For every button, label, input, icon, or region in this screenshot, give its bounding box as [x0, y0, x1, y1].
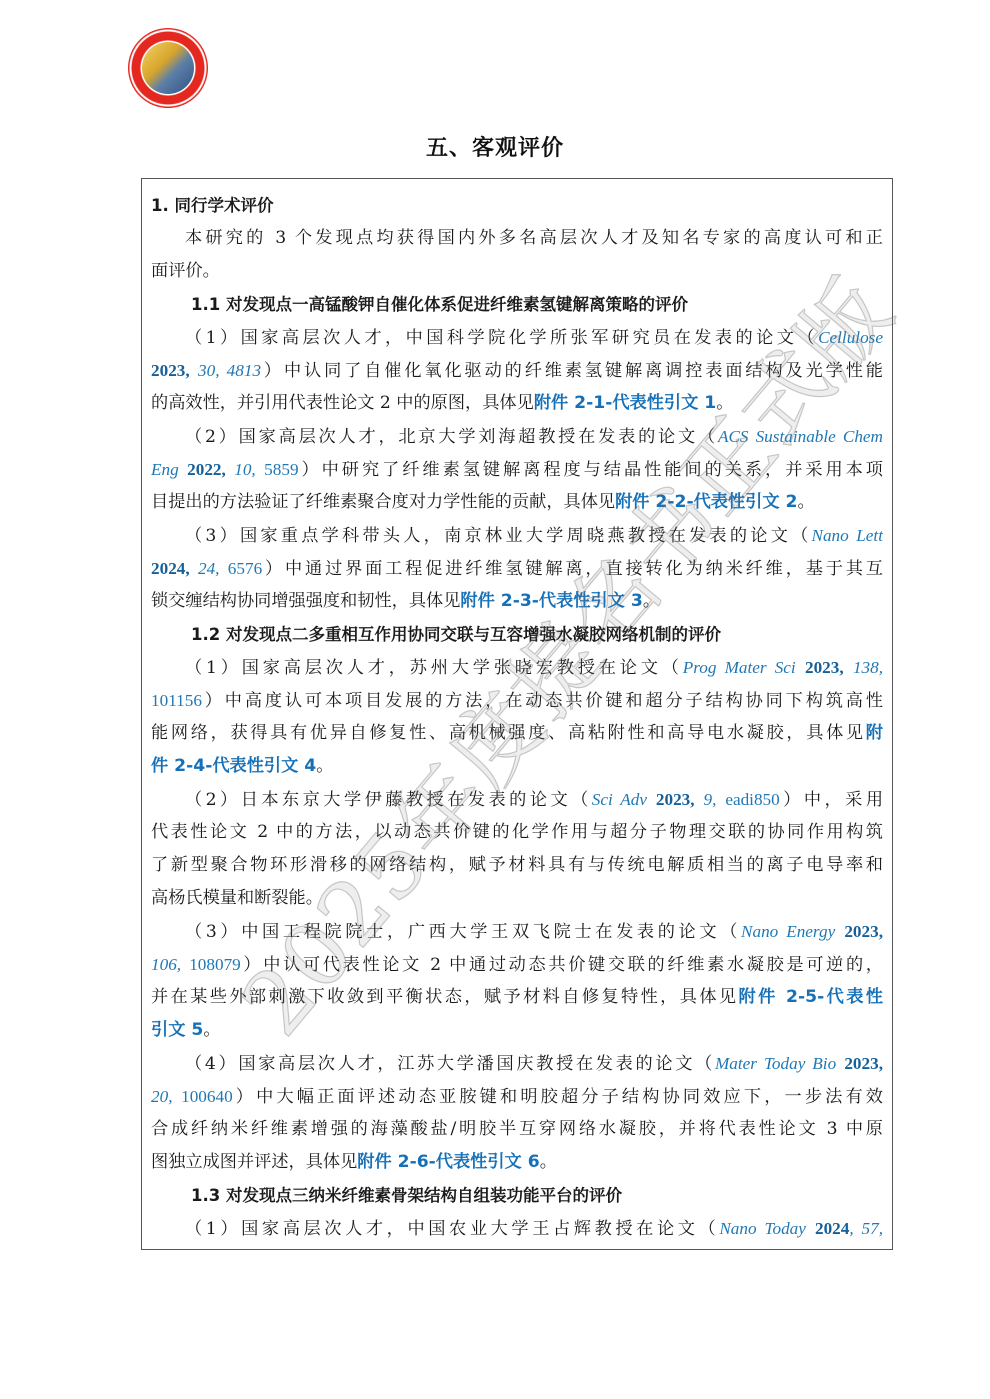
citation-1-2-2: （2）日本东京大学伊藤教授在发表的论文（Sci Adv 2023, 9, ead…	[151, 783, 883, 816]
subsection-heading-1-1: 1.1 对发现点一高锰酸钾自催化体系促进纤维素氢键解离策略的评价	[151, 288, 883, 321]
citation-1-2-1: （1）国家高层次人才，苏州大学张晓宏教授在论文（Prog Mater Sci 2…	[151, 651, 883, 684]
page-title: 五、客观评价	[0, 131, 990, 162]
organization-seal-logo	[128, 28, 208, 108]
citation-1-2-4: （4）国家高层次人才，江苏大学潘国庆教授在发表的论文（Mater Today B…	[151, 1047, 883, 1080]
attachment-link-2-4-part2[interactable]: 件 2-4-代表性引文 4	[151, 756, 316, 776]
citation-1-1-3: （3）国家重点学科带头人，南京林业大学周晓燕教授在发表的论文（Nano Lett	[151, 519, 883, 552]
attachment-link-2-2[interactable]: 附件 2-2-代表性引文 2	[615, 492, 797, 512]
attachment-link-2-1[interactable]: 附件 2-1-代表性引文 1	[534, 393, 716, 413]
citation-1-3-1: （1）国家高层次人才，中国农业大学王占辉教授在论文（Nano Today 202…	[151, 1212, 883, 1245]
section-heading: 1. 同行学术评价	[151, 189, 883, 222]
attachment-link-2-3[interactable]: 附件 2-3-代表性引文 3	[460, 591, 642, 611]
intro-line-1: 本研究的 3 个发现点均获得国内外多名高层次人才及知名专家的高度认可和正	[151, 222, 883, 255]
attachment-link-2-6[interactable]: 附件 2-6-代表性引文 6	[357, 1152, 539, 1172]
citation-1-1-1: （1）国家高层次人才，中国科学院化学所张军研究员在发表的论文（Cellulose	[151, 321, 883, 354]
intro-line-2: 面评价。	[151, 255, 883, 288]
journal-ref: Cellulose	[818, 328, 883, 348]
citation-1-1-2: （2）国家高层次人才，北京大学刘海超教授在发表的论文（ACS Sustainab…	[151, 420, 883, 453]
seal-emblem-icon	[142, 42, 194, 94]
citation-1-2-3: （3）中国工程院院士，广西大学王双飞院士在发表的论文（Nano Energy 2…	[151, 915, 883, 948]
attachment-link-2-4-part1[interactable]: 附	[866, 723, 883, 743]
attachment-link-2-5-part1[interactable]: 附件 2-5-代表性	[739, 987, 883, 1007]
evaluation-section-box: 1. 同行学术评价 本研究的 3 个发现点均获得国内外多名高层次人才及知名专家的…	[141, 178, 893, 1250]
attachment-link-2-5-part2[interactable]: 引文 5	[151, 1020, 203, 1040]
subsection-heading-1-3: 1.3 对发现点三纳米纤维素骨架结构自组装功能平台的评价	[151, 1179, 883, 1212]
subsection-heading-1-2: 1.2 对发现点二多重相互作用协同交联与互容增强水凝胶网络机制的评价	[151, 618, 883, 651]
